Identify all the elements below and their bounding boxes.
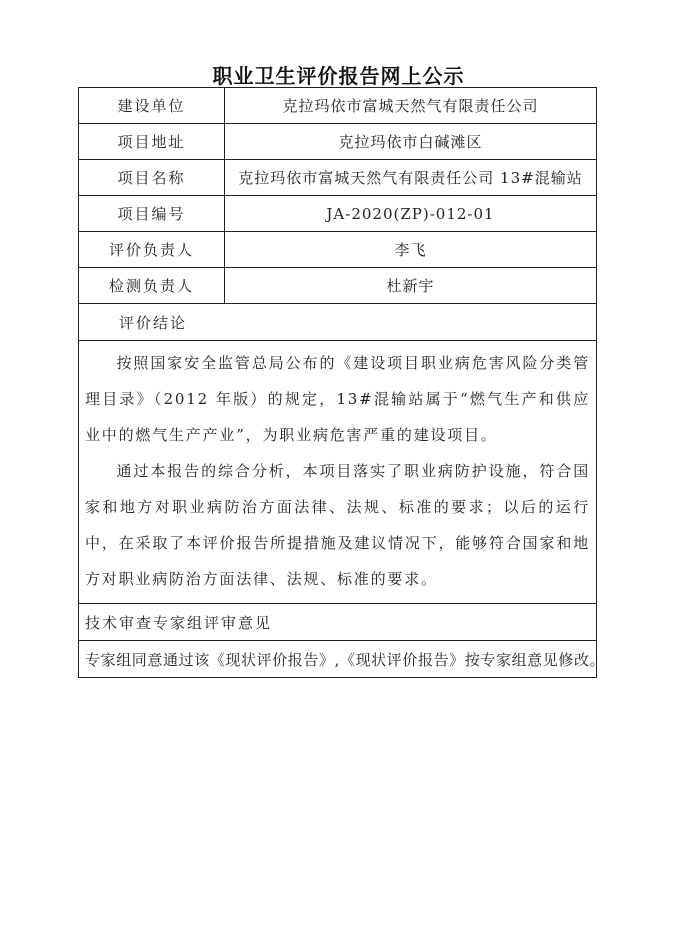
table-row-project-address: 项目地址 克拉玛依市白碱滩区 xyxy=(79,124,596,160)
table-row-evaluation-lead: 评价负责人 李飞 xyxy=(79,232,596,268)
table-row-testing-lead: 检测负责人 杜新宇 xyxy=(79,268,596,304)
expert-review-opinion-row: 专家组同意通过该《现状评价报告》,《现状评价报告》按专家组意见修改。 xyxy=(79,641,596,677)
row-value: 克拉玛依市富城天然气有限责任公司 xyxy=(225,88,596,123)
row-value: JA-2020(ZP)-012-01 xyxy=(225,196,596,231)
table-row-project-name: 项目名称 克拉玛依市富城天然气有限责任公司 13#混输站 xyxy=(79,160,596,196)
row-label: 项目地址 xyxy=(79,124,225,159)
expert-review-opinion: 专家组同意通过该《现状评价报告》,《现状评价报告》按专家组意见修改。 xyxy=(79,641,605,677)
row-label: 建设单位 xyxy=(79,88,225,123)
expert-review-heading-row: 技术审查专家组评审意见 xyxy=(79,604,596,641)
table-row-construction-unit: 建设单位 克拉玛依市富城天然气有限责任公司 xyxy=(79,88,596,124)
conclusion-heading: 评价结论 xyxy=(79,304,187,340)
row-value: 克拉玛依市富城天然气有限责任公司 13#混输站 xyxy=(225,160,596,195)
conclusion-body-row: 按照国家安全监管总局公布的《建设项目职业病危害风险分类管理目录》（2012 年版… xyxy=(79,341,596,604)
conclusion-paragraph-2: 通过本报告的综合分析，本项目落实了职业病防护设施，符合国家和地方对职业病防治方面… xyxy=(85,453,590,597)
row-value: 李飞 xyxy=(225,232,596,267)
row-label: 项目编号 xyxy=(79,196,225,231)
row-label: 评价负责人 xyxy=(79,232,225,267)
conclusion-heading-row: 评价结论 xyxy=(79,304,596,341)
conclusion-body: 按照国家安全监管总局公布的《建设项目职业病危害风险分类管理目录》（2012 年版… xyxy=(79,341,596,603)
table-row-project-number: 项目编号 JA-2020(ZP)-012-01 xyxy=(79,196,596,232)
document-title: 职业卫生评价报告网上公示 xyxy=(0,60,677,89)
row-label: 检测负责人 xyxy=(79,268,225,303)
row-value: 杜新宇 xyxy=(225,268,596,303)
disclosure-table: 建设单位 克拉玛依市富城天然气有限责任公司 项目地址 克拉玛依市白碱滩区 项目名… xyxy=(78,87,597,678)
row-value: 克拉玛依市白碱滩区 xyxy=(225,124,596,159)
conclusion-paragraph-1: 按照国家安全监管总局公布的《建设项目职业病危害风险分类管理目录》（2012 年版… xyxy=(85,345,590,453)
expert-review-heading: 技术审查专家组评审意见 xyxy=(79,604,272,640)
row-label: 项目名称 xyxy=(79,160,225,195)
